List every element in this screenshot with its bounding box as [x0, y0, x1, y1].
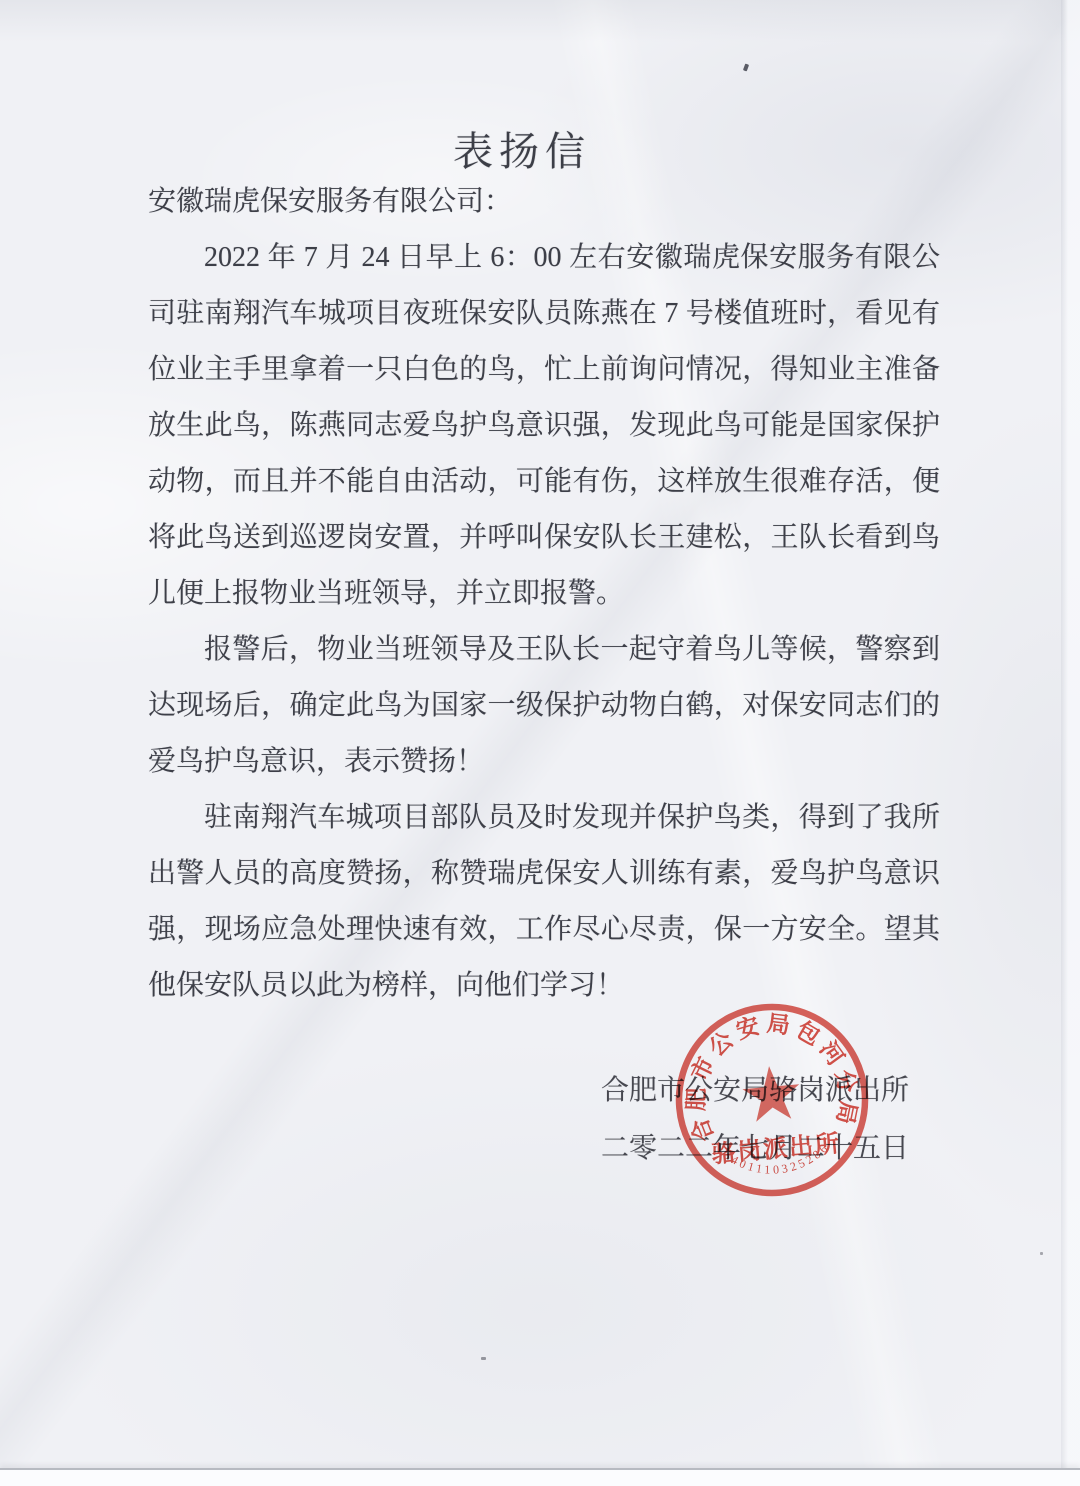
letter-body: 安徽瑞虎保安服务有限公司： 2022 年 7 月 24 日早上 6：00 左右安… — [148, 174, 940, 1014]
recipient-salutation: 安徽瑞虎保安服务有限公司： — [148, 174, 940, 230]
scan-speck — [743, 64, 749, 72]
star-icon — [741, 1064, 803, 1123]
scan-speck — [1040, 1252, 1043, 1255]
police-seal-icon: 合肥市公安局包河分局 骆岗派出所 3401110325286 — [664, 992, 881, 1209]
letter-paragraph-3: 驻南翔汽车城项目部队员及时发现并保护鸟类，得到了我所出警人员的高度赞扬，称赞瑞虎… — [148, 790, 940, 1014]
official-seal-stamp: 合肥市公安局包河分局 骆岗派出所 3401110325286 — [664, 992, 881, 1209]
paper-edge-bottom — [0, 1468, 1080, 1486]
letter-paragraph-2: 报警后，物业当班领导及王队长一起守着鸟儿等候，警察到达现场后，确定此鸟为国家一级… — [148, 622, 940, 790]
letter-paragraph-1: 2022 年 7 月 24 日早上 6：00 左右安徽瑞虎保安服务有限公司驻南翔… — [148, 230, 940, 622]
scan-speck — [481, 1357, 486, 1360]
letter-title: 表扬信 — [0, 120, 1044, 177]
paper-edge-right — [1061, 0, 1080, 1486]
scanned-letter-page: 表扬信 安徽瑞虎保安服务有限公司： 2022 年 7 月 24 日早上 6：00… — [0, 0, 1080, 1486]
